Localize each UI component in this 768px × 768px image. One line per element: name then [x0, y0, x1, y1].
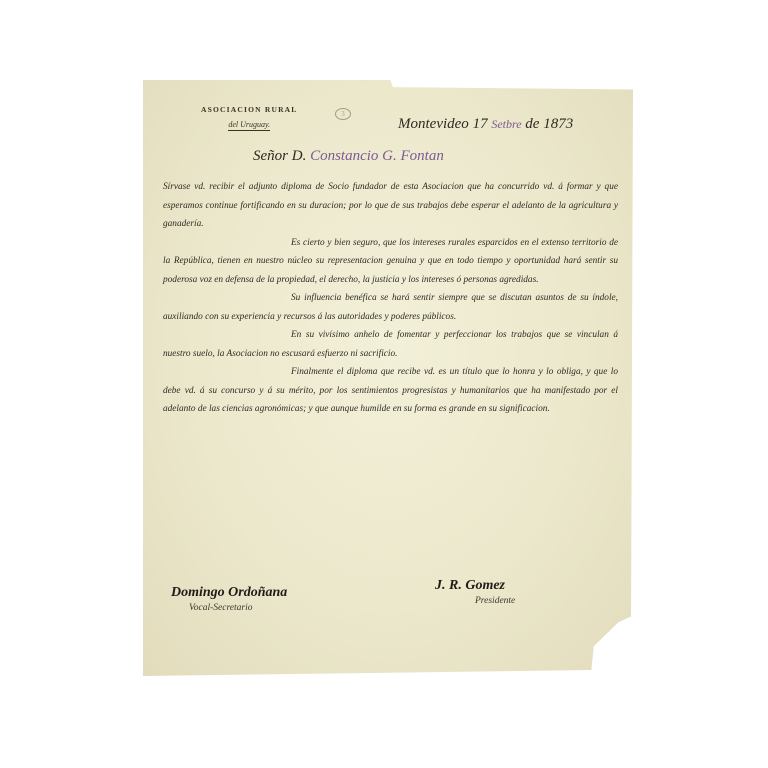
signature-secretary: Domingo Ordoñana Vocal-Secretario — [171, 585, 287, 613]
signature-name: J. R. Gomez — [435, 578, 515, 594]
paragraph: Finalmente el diploma que recibe vd. es … — [163, 363, 618, 419]
signature-title: Presidente — [475, 596, 515, 606]
pencil-mark: 3 — [335, 108, 351, 120]
signature-name: Domingo Ordoñana — [171, 585, 287, 601]
dateline: Montevideo 17 Setbre de 1873 — [398, 116, 573, 133]
salutation-recipient: Constancio G. Fontan — [310, 148, 444, 164]
signature-president: J. R. Gomez Presidente — [435, 578, 515, 606]
paragraph: Es cierto y bien seguro, que los interes… — [163, 234, 618, 290]
letterhead-organization: ASOCIACION RURAL — [201, 105, 298, 114]
letter-paper: ASOCIACION RURAL del Uruguay. 3 Montevid… — [143, 80, 633, 676]
date-place: Montevideo — [398, 116, 469, 132]
date-year: 1873 — [543, 116, 573, 132]
paragraph: Sírvase vd. recibir el adjunto diploma d… — [163, 178, 618, 234]
paragraph: En su vivísimo anhelo de fomentar y perf… — [163, 326, 618, 363]
date-day: 17 — [473, 116, 488, 132]
letter-body: Sírvase vd. recibir el adjunto diploma d… — [163, 178, 618, 419]
letterhead: ASOCIACION RURAL del Uruguay. — [201, 105, 298, 132]
date-year-prefix: de — [525, 116, 539, 132]
date-month: Setbre — [491, 117, 521, 131]
paragraph: Su influencia benéfica se hará sentir si… — [163, 289, 618, 326]
salutation: Señor D. Constancio G. Fontan — [253, 148, 444, 165]
salutation-prefix: Señor D. — [253, 148, 306, 164]
letterhead-country: del Uruguay. — [228, 120, 270, 131]
signature-title: Vocal-Secretario — [189, 603, 287, 613]
